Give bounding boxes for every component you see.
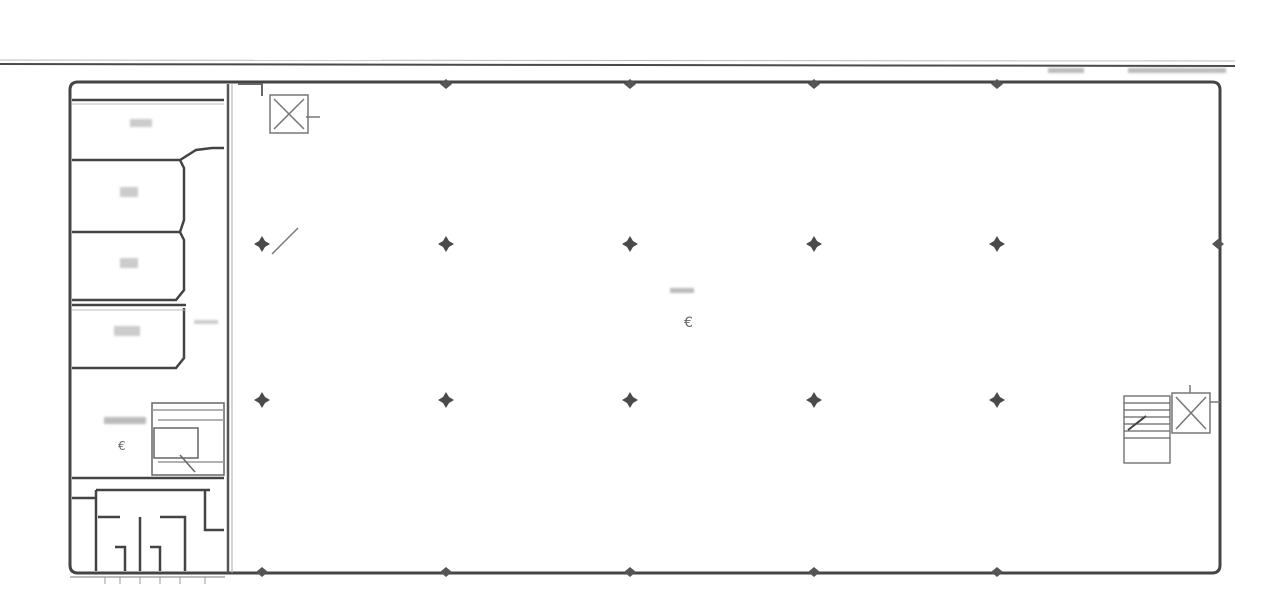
column-icon (438, 236, 454, 252)
stair-left-core (152, 403, 224, 475)
outer-wall (70, 82, 1220, 573)
elevator-bottom-right (1172, 385, 1220, 433)
elevator-top-left (270, 95, 320, 133)
room-4-label-mark (114, 326, 140, 336)
column-icon (806, 236, 822, 252)
lobby-label-mark (104, 417, 146, 424)
stair-right (1124, 396, 1170, 463)
room-2-label-mark (120, 187, 138, 197)
header-mark-2 (1128, 68, 1226, 73)
svg-text:€: € (684, 315, 693, 331)
svg-text:€: € (118, 439, 126, 453)
column-icon (254, 392, 270, 408)
main-space-label-mark (670, 288, 694, 293)
column-icon (622, 236, 638, 252)
corridor-label-mark (194, 320, 218, 324)
column-icon (989, 236, 1005, 252)
room-1-label-mark (130, 119, 152, 127)
restroom-block (72, 490, 224, 571)
core-rooms (72, 100, 224, 478)
column-icon (622, 392, 638, 408)
floor-plan: € € (0, 0, 1280, 595)
header-mark-1 (1048, 68, 1084, 73)
column-icon (806, 392, 822, 408)
column-grid (254, 236, 1005, 408)
column-icon (438, 392, 454, 408)
room-3-label-mark (120, 258, 138, 268)
column-icon (254, 236, 270, 252)
column-icon (989, 392, 1005, 408)
